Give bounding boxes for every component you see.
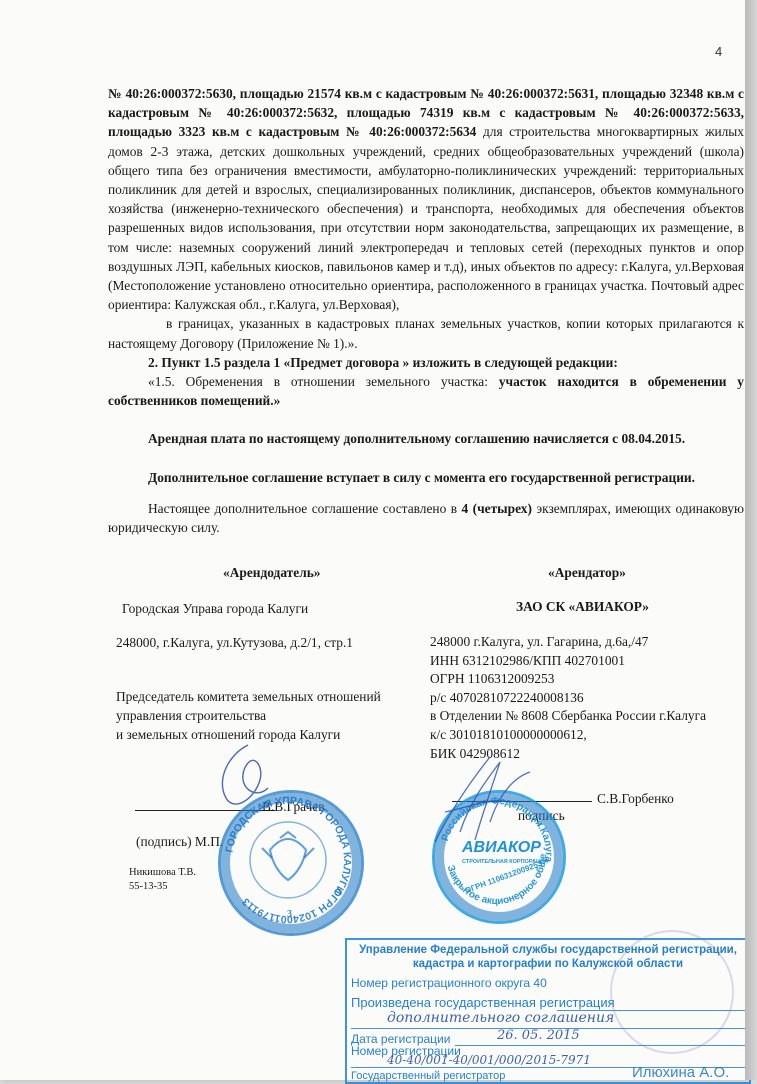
contact-name: Никишова Т.В.	[129, 866, 196, 880]
registration-seal-icon	[610, 930, 734, 1054]
tenant-address: 248000 г.Калуга, ул. Гагарина, д.6а,/47	[430, 633, 706, 652]
encumbrance-label: «1.5. Обременения в отношении земельного…	[148, 374, 499, 389]
paragraph-land-plots: № 40:26:000372:5630, площадью 21574 кв.м…	[108, 84, 744, 314]
tenant-signature	[430, 752, 540, 852]
paragraph-boundaries: в границах, указанных в кадастровых план…	[108, 314, 744, 352]
landlord-heading: «Арендодатель»	[223, 563, 321, 582]
registration-date-value: 26. 05. 2015	[497, 1028, 580, 1043]
tenant-bank: в Отделении № 8608 Сбербанка России г.Ка…	[430, 707, 706, 726]
paragraph-effective: Дополнительное соглашение вступает в сил…	[108, 468, 744, 487]
paragraph-copies: Настоящее дополнительное соглашение сост…	[108, 499, 744, 537]
paragraph-clause-2: 2. Пункт 1.5 раздела 1 «Предмет договора…	[108, 353, 744, 372]
land-use-description: для строительства многоквартирных жилых …	[108, 124, 744, 312]
paragraph-rent: Арендная плата по настоящему дополнитель…	[108, 429, 744, 448]
registration-performed-value: дополнительного соглашения	[387, 1010, 614, 1026]
stamp-number: 3	[287, 909, 292, 920]
landlord-signature	[208, 740, 288, 815]
tenant-name: ЗАО СК «АВИАКОР»	[516, 597, 649, 616]
registrar-name: Илюхина А.О.	[632, 1064, 729, 1080]
registration-number-value: 40-40/001-40/001/000/2015-7971	[387, 1053, 591, 1067]
landlord-position: Председатель комитета земельных отношени…	[116, 687, 381, 744]
position-line: Председатель комитета земельных отношени…	[116, 687, 381, 706]
tenant-ogrn: ОГРН 1106312009253	[430, 670, 706, 689]
tenant-details: 248000 г.Калуга, ул. Гагарина, д.6а,/47 …	[430, 633, 706, 763]
copies-count: 4 (четырех)	[462, 501, 532, 516]
contact-phone: 55-13-35	[129, 880, 196, 894]
tenant-corr-account: к/с 30101810100000000612,	[430, 726, 706, 745]
copies-text-a: Настоящее дополнительное соглашение сост…	[148, 501, 462, 516]
page-number: 4	[715, 44, 722, 59]
landlord-contact: Никишова Т.В. 55-13-35	[129, 866, 196, 894]
agreement-body: № 40:26:000372:5630, площадью 21574 кв.м…	[108, 84, 744, 537]
svg-text:ОГРН 1024001179113: ОГРН 1024001179113	[240, 885, 345, 925]
position-line: управления строительства	[116, 706, 381, 725]
landlord-address: 248000, г.Калуга, ул.Кутузова, д.2/1, ст…	[116, 633, 353, 652]
landlord-name: Городская Управа города Калуги	[122, 599, 308, 618]
scan-edge	[745, 0, 757, 1080]
tenant-heading: «Арендатор»	[548, 563, 626, 582]
document-page: 4 № 40:26:000372:5630, площадью 21574 кв…	[0, 0, 745, 1080]
landlord-signature-caption: (подпись) М.П.	[136, 832, 223, 851]
tenant-signatory: С.В.Горбенко	[597, 789, 674, 808]
paragraph-clause-1-5: «1.5. Обременения в отношении земельного…	[108, 372, 744, 410]
tenant-inn-kpp: ИНН 6312102986/КПП 402701001	[430, 652, 706, 671]
tenant-account: р/с 40702810722240008136	[430, 689, 706, 708]
